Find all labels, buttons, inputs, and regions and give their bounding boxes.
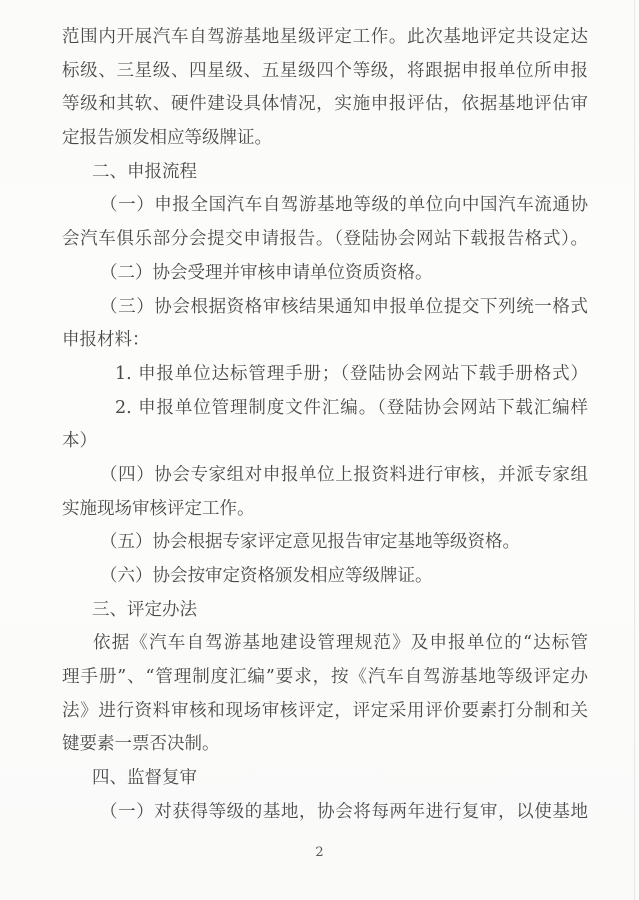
section-heading-supervision-review: 四、监督复审 — [62, 762, 588, 796]
text-line: 范围内开展汽车自驾游基地星级评定工作。此次基地评定共设定达 — [62, 21, 588, 55]
text-line: 理手册”、“管理制度汇编”要求，按《汽车自驾游基地等级评定办 — [62, 661, 588, 695]
text-line: 依据《汽车自驾游基地建设管理规范》及申报单位的“达标管 — [62, 627, 588, 661]
text-line: 实施现场审核评定工作。 — [62, 493, 588, 527]
text-line: （一）申报全国汽车自驾游基地等级的单位向中国汽车流通协 — [62, 189, 588, 223]
text-line: 申报材料： — [62, 324, 588, 358]
section-heading-application-process: 二、申报流程 — [62, 156, 588, 190]
text-line: 键要素一票否决制。 — [62, 728, 588, 762]
text-line: （二）协会受理并审核申请单位资质资格。 — [62, 257, 588, 291]
section-heading-evaluation-method: 三、评定办法 — [62, 594, 588, 628]
text-line: 会汽车俱乐部分会提交申请报告。（登陆协会网站下载报告格式）。 — [62, 223, 588, 257]
page-number: 2 — [0, 843, 639, 863]
text-line: （四）协会专家组对申报单位上报资料进行审核，并派专家组 — [62, 459, 588, 493]
text-line: （三）协会根据资格审核结果通知申报单位提交下列统一格式 — [62, 291, 588, 325]
document-page: 范围内开展汽车自驾游基地星级评定工作。此次基地评定共设定达 标级、三星级、四星级… — [0, 0, 639, 900]
document-text: 范围内开展汽车自驾游基地星级评定工作。此次基地评定共设定达 标级、三星级、四星级… — [62, 21, 588, 830]
text-line: 标级、三星级、四星级、五星级四个等级，将跟据申报单位所申报 — [62, 55, 588, 89]
text-line: 法》进行资料审核和现场审核评定，评定采用评价要素打分制和关 — [62, 695, 588, 729]
text-line: 定报告颁发相应等级牌证。 — [62, 122, 588, 156]
text-line: 本） — [62, 425, 588, 459]
scan-artifact-line — [634, 0, 635, 900]
text-line: （六）协会按审定资格颁发相应等级牌证。 — [62, 560, 588, 594]
text-line: （一）对获得等级的基地，协会将每两年进行复审，以使基地 — [62, 796, 588, 830]
list-item: 1. 申报单位达标管理手册；（登陆协会网站下载手册格式） — [62, 358, 588, 392]
list-item: 2. 申报单位管理制度文件汇编。（登陆协会网站下载汇编样 — [62, 392, 588, 426]
text-line: 等级和其软、硬件建设具体情况，实施申报评估，依据基地评估审 — [62, 88, 588, 122]
text-line: （五）协会根据专家评定意见报告审定基地等级资格。 — [62, 526, 588, 560]
